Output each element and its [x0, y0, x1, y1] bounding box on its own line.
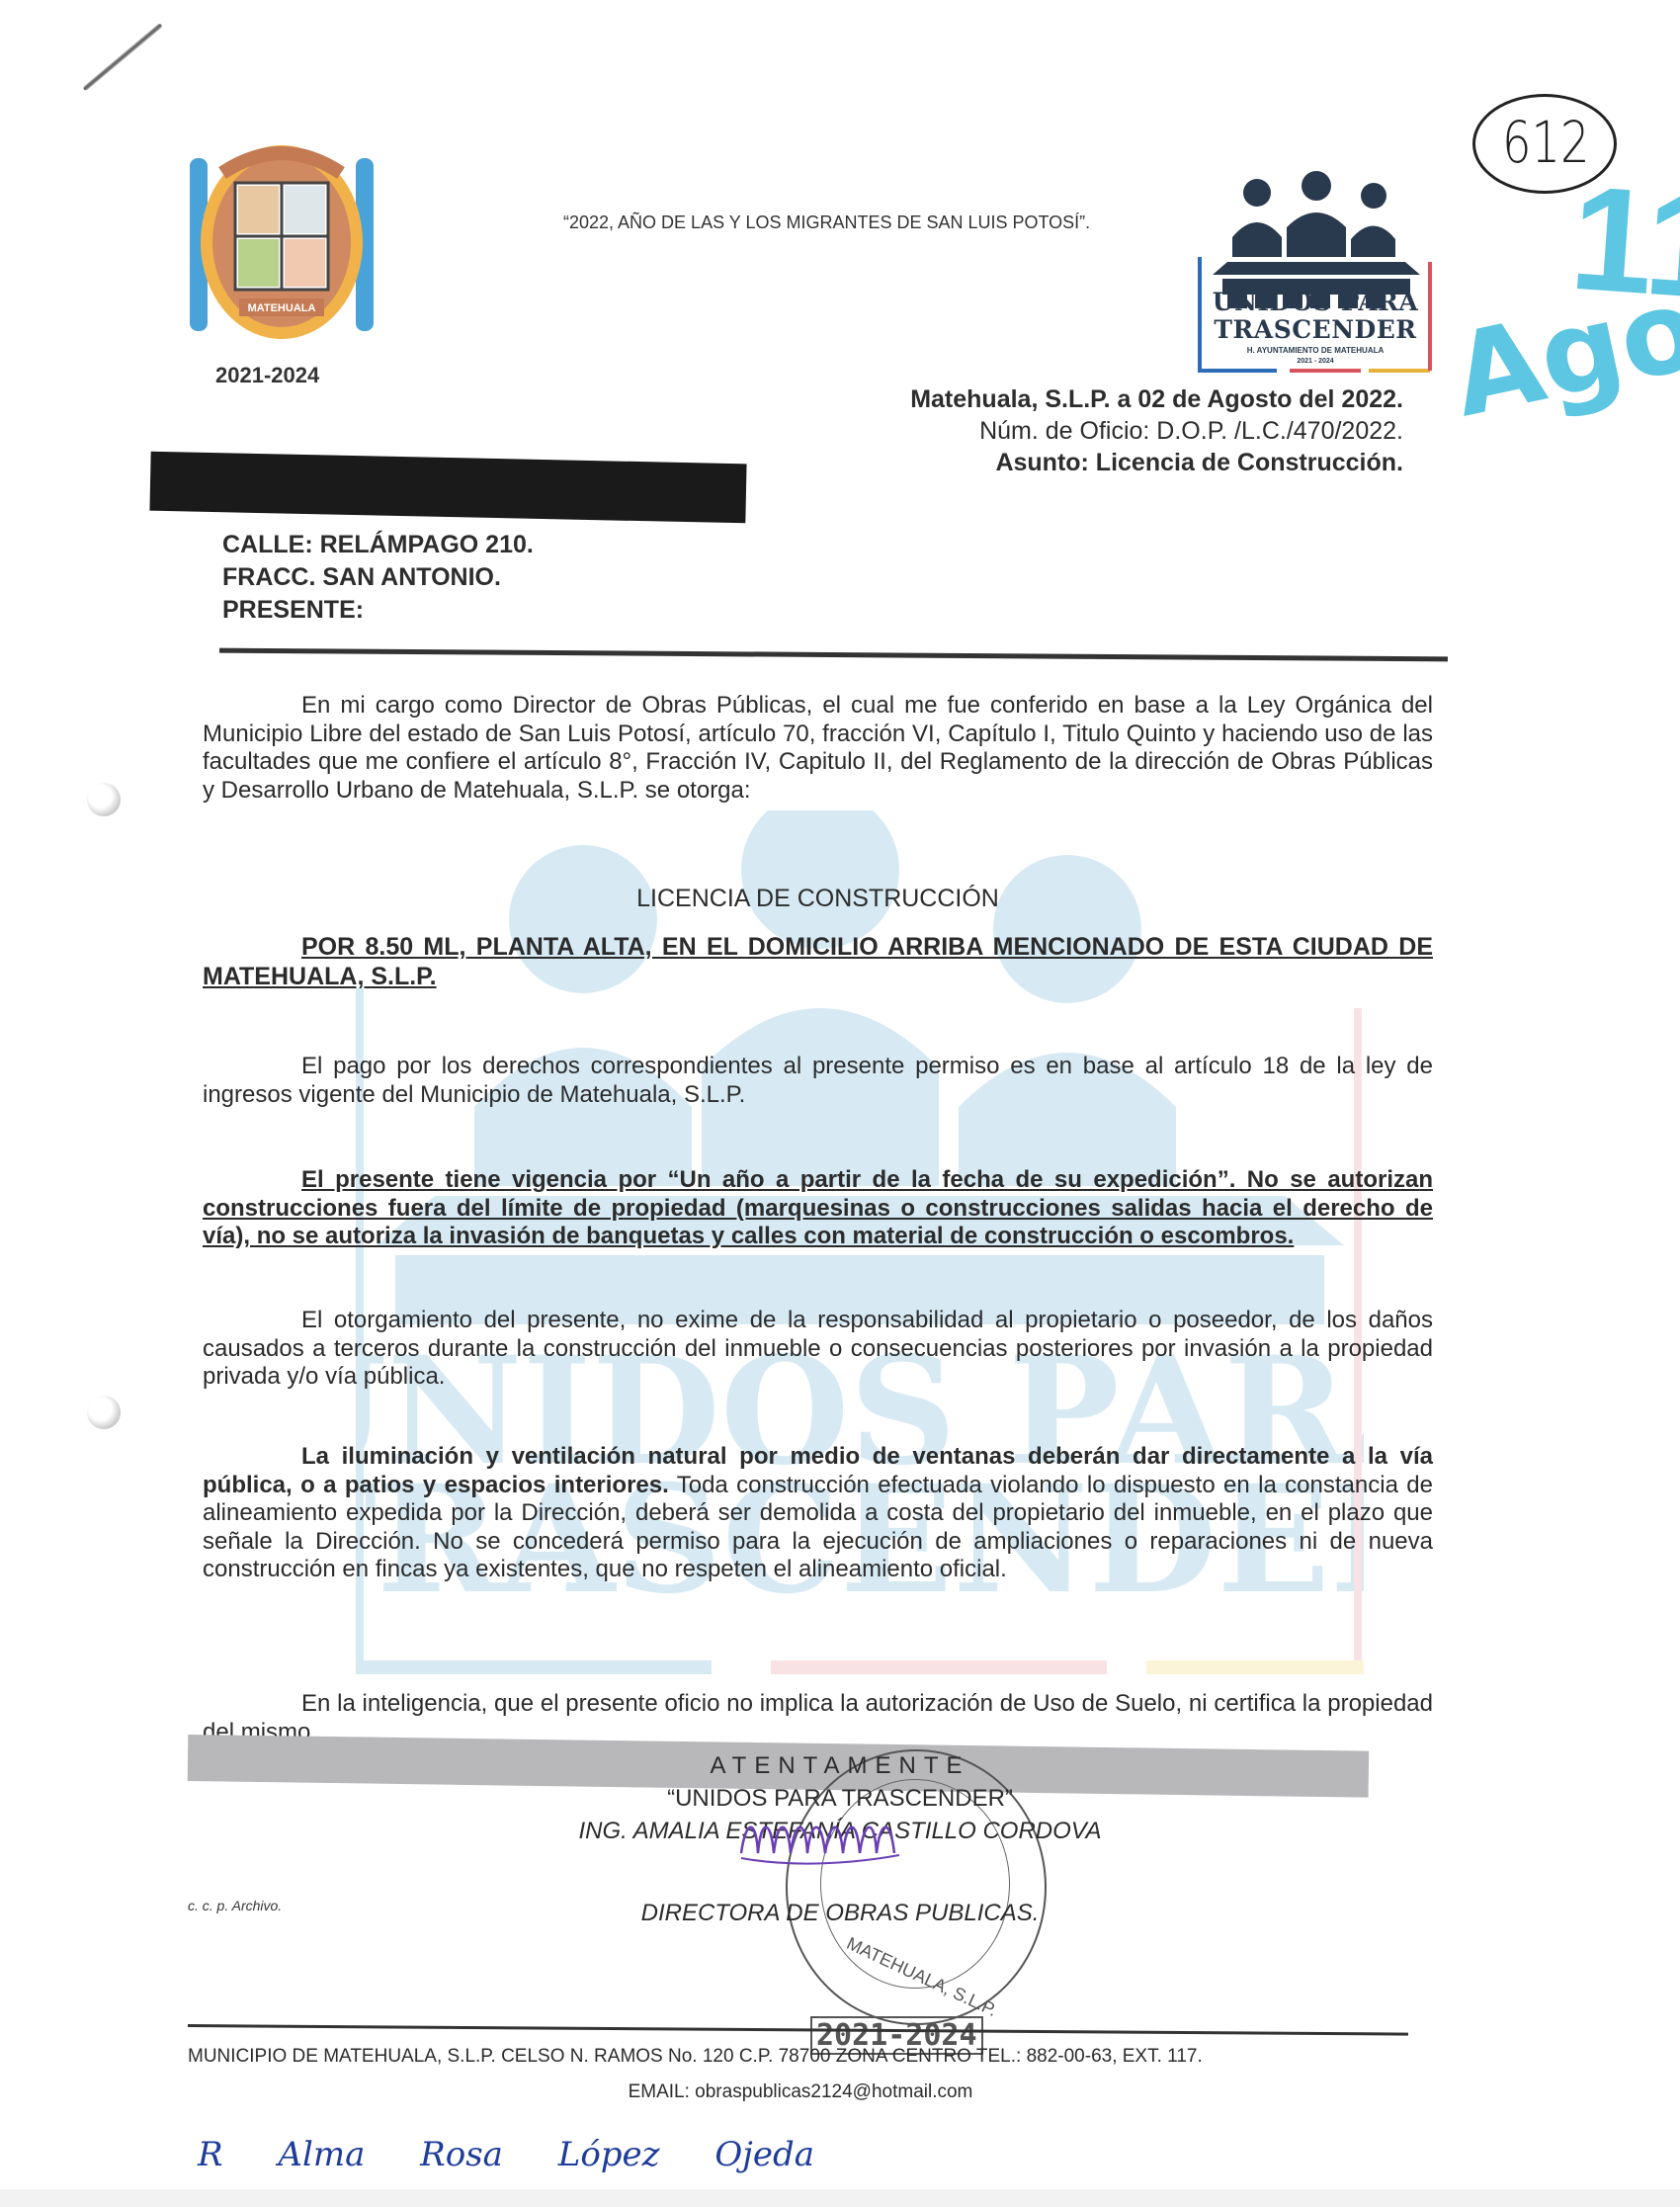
paragraph-liability: El otorgamiento del presente, no exime d…	[203, 1307, 1433, 1392]
svg-text:MATEHUALA: MATEHUALA	[248, 302, 316, 314]
signer-role: DIRECTORA DE OBRAS PUBLICAS.	[494, 1897, 1186, 1929]
logo-frame-blue	[1198, 257, 1202, 371]
handwritten-receipt-name: R Alma Rosa López Ojeda	[198, 2135, 814, 2174]
received-month-annotation: Ago	[1444, 272, 1680, 435]
party-logo-subtitle: H. AYUNTAMIENTO DE MATEHUALA	[1206, 346, 1425, 355]
footer-address: MUNICIPIO DE MATEHUALA, S.L.P. CELSO N. …	[188, 2046, 1413, 2068]
paragraph-license-scope: POR 8.50 ML, PLANTA ALTA, EN EL DOMICILI…	[203, 932, 1433, 991]
recipient-greeting: PRESENTE:	[222, 594, 534, 627]
punch-hole-icon	[87, 783, 121, 816]
handwritten-signature-icon	[736, 1814, 934, 1873]
scan-edge	[0, 2189, 1680, 2207]
recipient-address: CALLE: RELÁMPAGO 210. FRACC. SAN ANTONIO…	[222, 529, 534, 627]
redaction-bar	[149, 452, 746, 524]
logo-frame-red	[1290, 369, 1361, 373]
recipient-neighborhood: FRACC. SAN ANTONIO.	[222, 561, 534, 594]
license-title: LICENCIA DE CONSTRUCCIÓN	[203, 885, 1433, 913]
party-logo-title: UNIDOS PARA TRASCENDER	[1206, 289, 1425, 344]
slogan: “UNIDOS PARA TRASCENDER”	[494, 1782, 1186, 1815]
logo-frame-blue	[1198, 369, 1277, 373]
letter-header: Matehuala, S.L.P. a 02 de Agosto del 202…	[910, 383, 1403, 478]
staple	[82, 23, 162, 91]
punch-hole-icon	[87, 1396, 121, 1429]
carbon-copy: c. c. p. Archivo.	[188, 1898, 282, 1913]
year-motto: “2022, AÑO DE LAS Y LOS MIGRANTES DE SAN…	[563, 212, 1090, 233]
oficio-number: Núm. de Oficio: D.O.P. /L.C./470/2022.	[910, 415, 1403, 447]
footer-email: EMAIL: obraspublicas2124@hotmail.com	[188, 2081, 1413, 2103]
divider	[219, 648, 1448, 662]
paragraph-legal-basis: En mi cargo como Director de Obras Públi…	[203, 692, 1433, 805]
closing: ATENTAMENTE	[494, 1749, 1186, 1782]
footer-divider	[188, 2024, 1408, 2036]
date-line: Matehuala, S.L.P. a 02 de Agosto del 202…	[910, 383, 1403, 415]
logo-frame-yellow	[1369, 369, 1430, 373]
paragraph-validity: El presente tiene vigencia por “Un año a…	[203, 1166, 1433, 1251]
paragraph-payment: El pago por los derechos correspondiente…	[203, 1053, 1433, 1109]
party-logo-years: 2021 - 2024	[1206, 358, 1425, 365]
paragraph-lighting-ventilation: La iluminación y ventilación natural por…	[203, 1443, 1433, 1584]
logo-frame-red	[1428, 262, 1432, 371]
municipal-crest-icon: MATEHUALA	[188, 138, 376, 351]
subject-line: Asunto: Licencia de Construcción.	[910, 447, 1403, 478]
crest-years: 2021-2024	[215, 363, 319, 388]
recipient-street: CALLE: RELÁMPAGO 210.	[222, 529, 534, 561]
